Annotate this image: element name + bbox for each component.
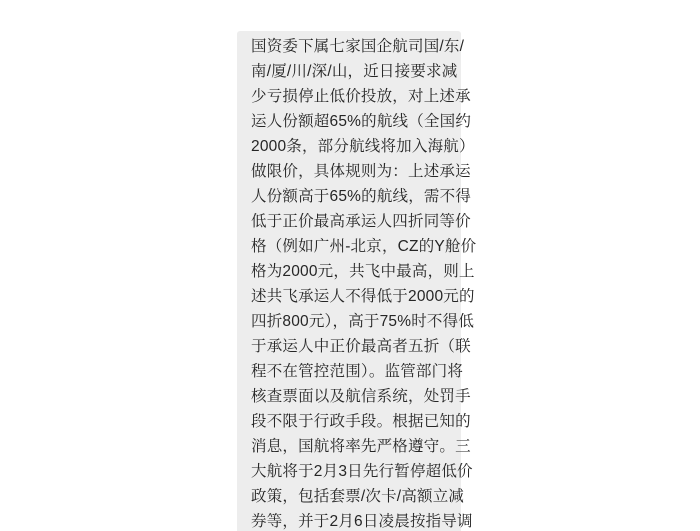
page-background: 国资委下属七家国企航司国/东/ 南/厦/川/深/山，近日接要求减 少亏损停止低价…: [0, 0, 700, 531]
message-line: 运人份额超65%的航线（全国约: [251, 109, 457, 134]
message-line: 南/厦/川/深/山，近日接要求减: [251, 59, 457, 84]
message-line: 于承运人中正价最高者五折（联: [251, 334, 457, 359]
message-line: 少亏损停止低价投放，对上述承: [251, 84, 457, 109]
message-line: 大航将于2月3日先行暂停超低价: [251, 459, 457, 484]
message-line: 四折800元），高于75%时不得低: [251, 309, 457, 334]
message-bubble[interactable]: 国资委下属七家国企航司国/东/ 南/厦/川/深/山，近日接要求减 少亏损停止低价…: [237, 31, 461, 531]
message-line: 人份额高于65%的航线，需不得: [251, 184, 457, 209]
message-line: 2000条，部分航线将加入海航）: [251, 134, 457, 159]
message-line: 国资委下属七家国企航司国/东/: [251, 34, 457, 59]
message-line: 券等，并于2月6日凌晨按指导调: [251, 509, 457, 531]
message-line: 格为2000元，共飞中最高，则上: [251, 259, 457, 284]
message-line: 政策，包括套票/次卡/高额立减: [251, 484, 457, 509]
message-line: 述共飞承运人不得低于2000元的: [251, 284, 457, 309]
message-line: 做限价，具体规则为：上述承运: [251, 159, 457, 184]
message-line: 消息，国航将率先严格遵守。三: [251, 434, 457, 459]
message-line: 核查票面以及航信系统，处罚手: [251, 384, 457, 409]
message-line: 低于正价最高承运人四折同等价: [251, 209, 457, 234]
message-line: 格（例如广州-北京，CZ的Y舱价: [251, 234, 457, 259]
message-line: 段不限于行政手段。根据已知的: [251, 409, 457, 434]
message-line: 程不在管控范围）。监管部门将: [251, 359, 457, 384]
